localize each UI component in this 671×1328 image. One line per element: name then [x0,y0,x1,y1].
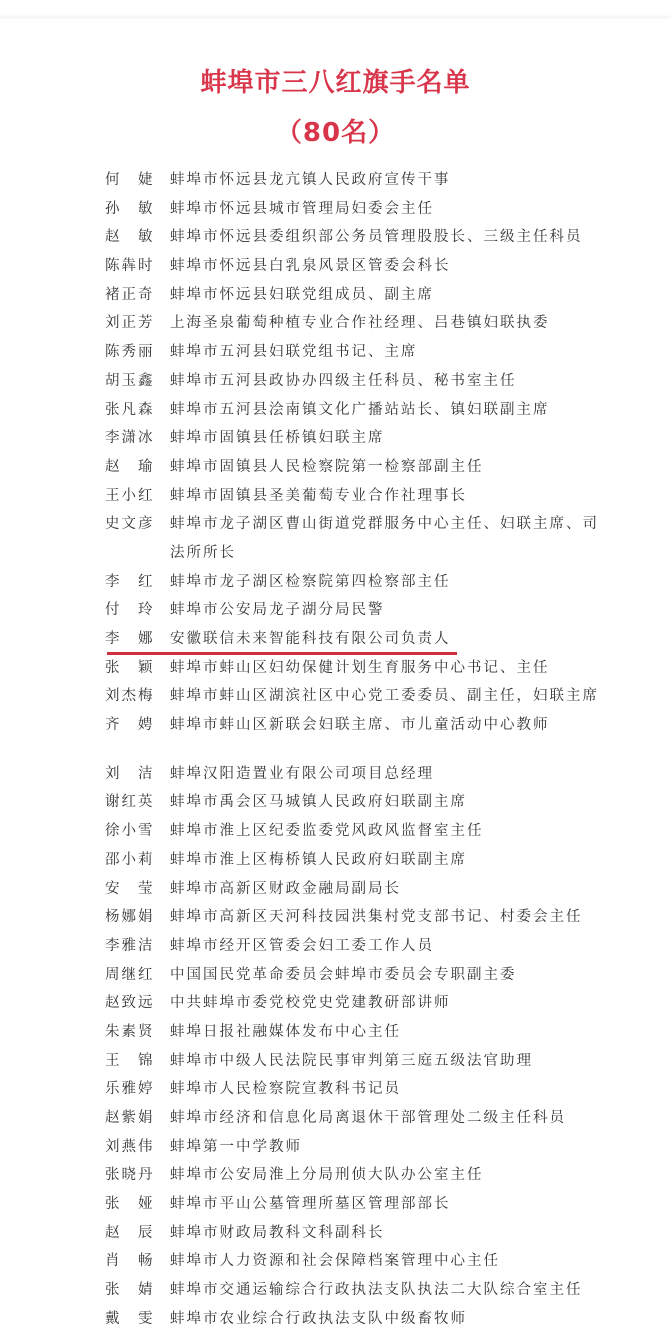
honoree-position: 蚌埠汉阳造置业有限公司项目总经理 [170,760,605,789]
honoree-position: 蚌埠市怀远县妇联党组成员、副主席 [170,281,605,310]
list-item: 徐小雪蚌埠市淮上区纪委监委党风政风监督室主任 [105,817,605,846]
honoree-position: 蚌埠市怀远县龙亢镇人民政府宣传干事 [170,166,605,195]
honoree-name: 张 婧 [105,1276,170,1305]
honoree-position: 蚌埠市固镇县圣美葡萄专业合作社理事长 [170,482,605,511]
honoree-position: 蚌埠市淮上区纪委监委党风政风监督室主任 [170,817,605,846]
list-item: 陈犇时蚌埠市怀远县白乳泉风景区管委会科长 [105,252,605,281]
honoree-name: 刘杰梅 [105,682,170,711]
list-item: 王 锦蚌埠市中级人民法院民事审判第三庭五级法官助理 [105,1047,605,1076]
honoree-name: 褚正奇 [105,281,170,310]
list-item: 赵致远中共蚌埠市委党校党史党建教研部讲师 [105,989,605,1018]
honoree-position: 蚌埠市经济和信息化局离退休干部管理处二级主任科员 [170,1104,605,1133]
list-item: 谢红英蚌埠市禹会区马城镇人民政府妇联副主席 [105,788,605,817]
honoree-name: 张 娅 [105,1190,170,1219]
honoree-name: 杨娜娟 [105,903,170,932]
honoree-name: 肖 畅 [105,1247,170,1276]
honoree-name: 乐雅婷 [105,1075,170,1104]
honoree-name: 赵 辰 [105,1219,170,1248]
honoree-name: 张 颖 [105,654,170,683]
honoree-name: 张凡森 [105,396,170,425]
honoree-name: 邵小莉 [105,846,170,875]
honoree-name: 赵 敏 [105,223,170,252]
honoree-position: 蚌埠市怀远县城市管理局妇委会主任 [170,195,605,224]
honoree-position: 蚌埠市龙子湖区检察院第四检察部主任 [170,568,605,597]
honoree-name: 赵紫娟 [105,1104,170,1133]
honoree-position: 蚌埠市五河县政协办四级主任科员、秘书室主任 [170,367,605,396]
list-item: 刘 洁蚌埠汉阳造置业有限公司项目总经理 [105,760,605,789]
list-item: 赵 瑜蚌埠市固镇县人民检察院第一检察部副主任 [105,453,605,482]
honoree-position: 蚌埠日报社融媒体发布中心主任 [170,1018,605,1047]
list-item: 王小红蚌埠市固镇县圣美葡萄专业合作社理事长 [105,482,605,511]
honoree-position: 蚌埠市怀远县白乳泉风景区管委会科长 [170,252,605,281]
honoree-position: 蚌埠市怀远县委组织部公务员管理股股长、三级主任科员 [170,223,605,252]
honoree-name: 李 红 [105,568,170,597]
list-item: 戴 雯蚌埠市农业综合行政执法支队中级畜牧师 [105,1305,605,1328]
honoree-position: 蚌埠市财政局教科文科副科长 [170,1219,605,1248]
list-item: 胡玉鑫蚌埠市五河县政协办四级主任科员、秘书室主任 [105,367,605,396]
list-item: 赵 辰蚌埠市财政局教科文科副科长 [105,1219,605,1248]
document-subtitle: （80名） [0,112,671,149]
top-divider [0,15,671,19]
list-item: 付 玲蚌埠市公安局龙子湖分局民警 [105,596,605,625]
honoree-position: 蚌埠市平山公墓管理所墓区管理部部长 [170,1190,605,1219]
list-item: 安 莹蚌埠市高新区财政金融局副局长 [105,875,605,904]
honoree-name: 安 莹 [105,875,170,904]
list-item: 史文彦蚌埠市龙子湖区曹山街道党群服务中心主任、妇联主席、司法所所长 [105,510,605,567]
honoree-position: 蚌埠市淮上区梅桥镇人民政府妇联副主席 [170,846,605,875]
list-item: 张晓丹蚌埠市公安局淮上分局刑侦大队办公室主任 [105,1161,605,1190]
honoree-list: 何 婕蚌埠市怀远县龙亢镇人民政府宣传干事孙 敏蚌埠市怀远县城市管理局妇委会主任赵… [105,166,605,1328]
honoree-position: 蚌埠市农业综合行政执法支队中级畜牧师 [170,1305,605,1328]
honoree-name: 李雅洁 [105,932,170,961]
list-item: 何 婕蚌埠市怀远县龙亢镇人民政府宣传干事 [105,166,605,195]
honoree-position: 蚌埠市蚌山区妇幼保健计划生育服务中心书记、主任 [170,654,605,683]
honoree-position: 蚌埠市公安局淮上分局刑侦大队办公室主任 [170,1161,605,1190]
honoree-name: 徐小雪 [105,817,170,846]
list-item: 刘正芳上海圣泉葡萄种植专业合作社经理、吕巷镇妇联执委 [105,309,605,338]
honoree-position: 蚌埠市高新区财政金融局副局长 [170,875,605,904]
list-item: 陈秀丽蚌埠市五河县妇联党组书记、主席 [105,338,605,367]
list-item: 乐雅婷蚌埠市人民检察院宣教科书记员 [105,1075,605,1104]
honoree-name: 胡玉鑫 [105,367,170,396]
honoree-position: 蚌埠第一中学教师 [170,1133,605,1162]
honoree-name: 周继红 [105,961,170,990]
honoree-position: 蚌埠市五河县妇联党组书记、主席 [170,338,605,367]
honoree-position: 上海圣泉葡萄种植专业合作社经理、吕巷镇妇联执委 [170,309,605,338]
honoree-name: 齐 娉 [105,711,170,740]
honoree-name: 何 婕 [105,166,170,195]
honoree-name: 刘 洁 [105,760,170,789]
list-item: 孙 敏蚌埠市怀远县城市管理局妇委会主任 [105,195,605,224]
list-item: 褚正奇蚌埠市怀远县妇联党组成员、副主席 [105,281,605,310]
honoree-name: 李潇冰 [105,424,170,453]
list-item: 肖 畅蚌埠市人力资源和社会保障档案管理中心主任 [105,1247,605,1276]
honoree-position: 蚌埠市蚌山区新联会妇联主席、市儿童活动中心教师 [170,711,605,740]
honoree-position: 中国国民党革命委员会蚌埠市委员会专职副主委 [170,961,605,990]
honoree-position: 蚌埠市公安局龙子湖分局民警 [170,596,605,625]
honoree-position: 蚌埠市中级人民法院民事审判第三庭五级法官助理 [170,1047,605,1076]
list-item: 张凡森蚌埠市五河县浍南镇文化广播站站长、镇妇联副主席 [105,396,605,425]
honoree-position: 蚌埠市高新区天河科技园洪集村党支部书记、村委会主任 [170,903,605,932]
honoree-name: 赵致远 [105,989,170,1018]
list-item: 李 红蚌埠市龙子湖区检察院第四检察部主任 [105,568,605,597]
list-item: 邵小莉蚌埠市淮上区梅桥镇人民政府妇联副主席 [105,846,605,875]
list-item: 李潇冰蚌埠市固镇县任桥镇妇联主席 [105,424,605,453]
honoree-position: 安徽联信未来智能科技有限公司负责人 [170,625,605,654]
honoree-name: 谢红英 [105,788,170,817]
honoree-position: 蚌埠市固镇县人民检察院第一检察部副主任 [170,453,605,482]
list-item: 张 婧蚌埠市交通运输综合行政执法支队执法二大队综合室主任 [105,1276,605,1305]
list-item: 杨娜娟蚌埠市高新区天河科技园洪集村党支部书记、村委会主任 [105,903,605,932]
honoree-name: 陈秀丽 [105,338,170,367]
honoree-name: 王 锦 [105,1047,170,1076]
honoree-name: 赵 瑜 [105,453,170,482]
list-item: 李雅洁蚌埠市经开区管委会妇工委工作人员 [105,932,605,961]
honoree-name: 王小红 [105,482,170,511]
honoree-position: 蚌埠市龙子湖区曹山街道党群服务中心主任、妇联主席、司法所所长 [170,510,605,567]
honoree-name: 刘正芳 [105,309,170,338]
honoree-position: 蚌埠市禹会区马城镇人民政府妇联副主席 [170,788,605,817]
honoree-name: 付 玲 [105,596,170,625]
list-item: 李 娜安徽联信未来智能科技有限公司负责人 [105,625,605,654]
honoree-name: 刘燕伟 [105,1133,170,1162]
honoree-position: 蚌埠市蚌山区湖滨社区中心党工委委员、副主任，妇联主席 [170,682,605,711]
honoree-position: 蚌埠市五河县浍南镇文化广播站站长、镇妇联副主席 [170,396,605,425]
honoree-position: 中共蚌埠市委党校党史党建教研部讲师 [170,989,605,1018]
honoree-position: 蚌埠市固镇县任桥镇妇联主席 [170,424,605,453]
list-item: 张 颖蚌埠市蚌山区妇幼保健计划生育服务中心书记、主任 [105,654,605,683]
list-item: 朱素贤蚌埠日报社融媒体发布中心主任 [105,1018,605,1047]
honoree-name: 陈犇时 [105,252,170,281]
list-item: 刘燕伟蚌埠第一中学教师 [105,1133,605,1162]
list-item: 赵紫娟蚌埠市经济和信息化局离退休干部管理处二级主任科员 [105,1104,605,1133]
honoree-position: 蚌埠市人民检察院宣教科书记员 [170,1075,605,1104]
list-item: 周继红中国国民党革命委员会蚌埠市委员会专职副主委 [105,961,605,990]
honoree-name: 孙 敏 [105,195,170,224]
honoree-position: 蚌埠市经开区管委会妇工委工作人员 [170,932,605,961]
list-item: 齐 娉蚌埠市蚌山区新联会妇联主席、市儿童活动中心教师 [105,711,605,740]
honoree-position: 蚌埠市交通运输综合行政执法支队执法二大队综合室主任 [170,1276,605,1305]
honoree-name: 张晓丹 [105,1161,170,1190]
honoree-name: 朱素贤 [105,1018,170,1047]
honoree-name: 戴 雯 [105,1305,170,1328]
honoree-position: 蚌埠市人力资源和社会保障档案管理中心主任 [170,1247,605,1276]
list-item: 刘杰梅蚌埠市蚌山区湖滨社区中心党工委委员、副主任，妇联主席 [105,682,605,711]
highlight-underline [107,652,457,655]
list-item: 赵 敏蚌埠市怀远县委组织部公务员管理股股长、三级主任科员 [105,223,605,252]
document-title: 蚌埠市三八红旗手名单 [0,62,671,99]
list-item: 张 娅蚌埠市平山公墓管理所墓区管理部部长 [105,1190,605,1219]
honoree-name: 李 娜 [105,625,170,654]
honoree-name: 史文彦 [105,510,170,567]
